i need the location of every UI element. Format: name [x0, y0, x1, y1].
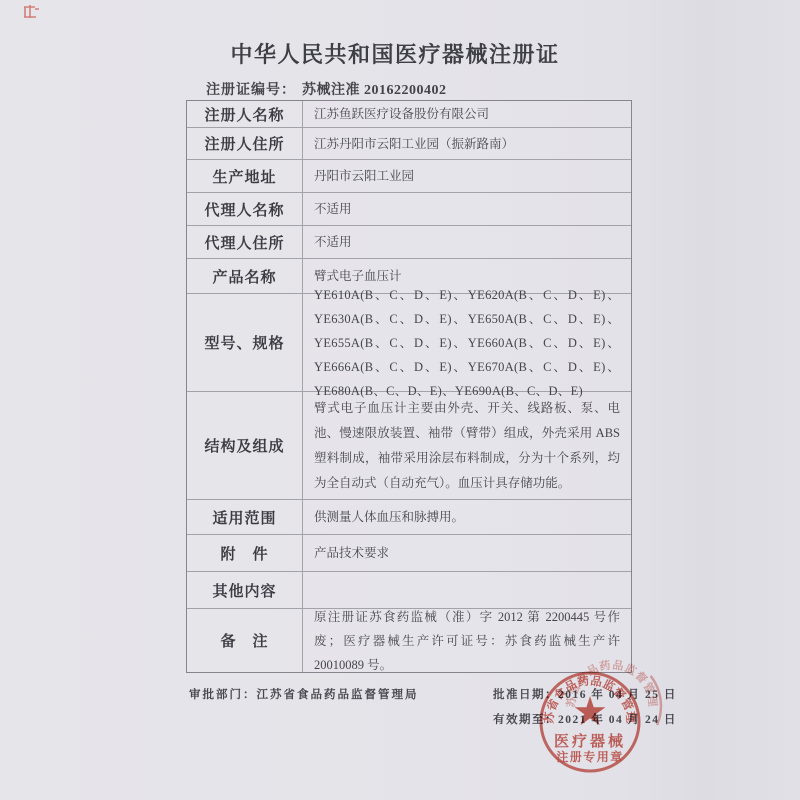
row-label: 注册人住所 [187, 128, 303, 159]
approval-department: 审批部门：江苏省食品药品监督管理局 [189, 686, 419, 702]
row-value: 臂式电子血压计主要由外壳、开关、线路板、泵、电池、慢速限放装置、袖带（臂带）组成… [303, 392, 631, 499]
row-value: 不适用 [303, 193, 631, 225]
row-label: 备 注 [187, 609, 303, 672]
row-value-text: 不适用 [314, 230, 620, 254]
row-label: 型号、规格 [187, 294, 303, 391]
row-value-text: 臂式电子血压计主要由外壳、开关、线路板、泵、电池、慢速限放装置、袖带（臂带）组成… [314, 396, 620, 496]
stamp-line2: 注册专用章 [556, 749, 624, 764]
certificate-table: 注册人名称 江苏鱼跃医疗设备股份有限公司 注册人住所 江苏丹阳市云阳工业园（振新… [186, 100, 632, 673]
row-value-text: YE610A(B、C、D、E)、YE620A(B、C、D、E)、YE630A(B… [314, 283, 620, 403]
stamp-star-icon: ★ [572, 689, 608, 734]
row-value-text: 不适用 [314, 197, 620, 221]
row-label: 代理人住所 [187, 226, 303, 258]
stray-stamp-mark [22, 4, 40, 20]
row-value: YE610A(B、C、D、E)、YE620A(B、C、D、E)、YE630A(B… [303, 294, 631, 391]
row-label: 代理人名称 [187, 193, 303, 225]
row-label: 生产地址 [187, 160, 303, 192]
table-row: 代理人住所 不适用 [187, 226, 631, 259]
row-label: 其他内容 [187, 572, 303, 608]
row-value: 江苏丹阳市云阳工业园（振新路南） [303, 128, 631, 159]
registration-number-value: 苏械注准 20162200402 [296, 83, 447, 98]
table-row: 注册人住所 江苏丹阳市云阳工业园（振新路南） [187, 128, 631, 160]
row-value-text: 江苏丹阳市云阳工业园（振新路南） [314, 132, 620, 156]
approval-department-value: 江苏省食品药品监督管理局 [257, 689, 419, 701]
registration-number: 注册证编号：苏械注准 20162200402 [206, 79, 447, 99]
certificate-page: 中华人民共和国医疗器械注册证 注册证编号：苏械注准 20162200402 注册… [0, 0, 800, 800]
row-value-text: 丹阳市云阳工业园 [314, 164, 620, 188]
row-value [303, 572, 631, 608]
row-label: 适用范围 [187, 500, 303, 534]
registration-number-label: 注册证编号： [206, 83, 296, 98]
row-label: 附 件 [187, 535, 303, 571]
row-value: 江苏鱼跃医疗设备股份有限公司 [303, 101, 631, 127]
table-row: 生产地址 丹阳市云阳工业园 [187, 160, 631, 193]
row-value: 供测量人体血压和脉搏用。 [303, 500, 631, 534]
table-row: 注册人名称 江苏鱼跃医疗设备股份有限公司 [187, 101, 631, 128]
row-value: 产品技术要求 [303, 535, 631, 571]
row-value-text: 产品技术要求 [314, 541, 620, 565]
row-label: 产品名称 [187, 259, 303, 293]
table-row: 附 件 产品技术要求 [187, 535, 631, 572]
row-label: 结构及组成 [187, 392, 303, 499]
table-row: 型号、规格 YE610A(B、C、D、E)、YE620A(B、C、D、E)、YE… [187, 294, 631, 392]
approval-department-label: 审批部门： [189, 689, 257, 701]
table-row: 代理人名称 不适用 [187, 193, 631, 226]
page-title: 中华人民共和国医疗器械注册证 [0, 38, 790, 69]
row-value-text: 供测量人体血压和脉搏用。 [314, 505, 620, 529]
row-value-text: 江苏鱼跃医疗设备股份有限公司 [314, 102, 620, 126]
registration-stamp: 江苏省食品药品监督管理局 江苏省食品药品监督管理局 ★ 医疗器械 注册专用章 [505, 637, 675, 800]
row-label: 注册人名称 [187, 101, 303, 127]
row-value: 丹阳市云阳工业园 [303, 160, 631, 192]
table-row: 适用范围 供测量人体血压和脉搏用。 [187, 500, 631, 535]
table-row: 其他内容 [187, 572, 631, 609]
table-row: 结构及组成 臂式电子血压计主要由外壳、开关、线路板、泵、电池、慢速限放装置、袖带… [187, 392, 631, 500]
stamp-line1: 医疗器械 [554, 732, 626, 750]
row-value: 不适用 [303, 226, 631, 258]
